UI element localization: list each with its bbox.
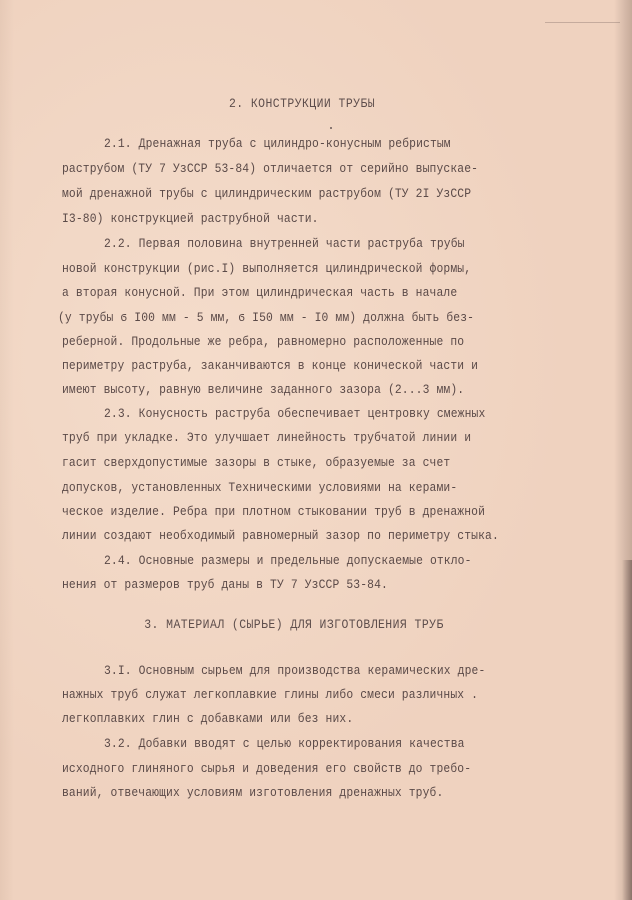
paragraph-2-2-line: периметру раструба, заканчиваются в конц…	[62, 358, 478, 373]
ink-speck	[330, 127, 332, 129]
page-edge-shadow	[622, 560, 632, 900]
paragraph-2-2-line: а вторая конусной. При этом цилиндрическ…	[62, 285, 457, 300]
paragraph-2-2-line: новой конструкции (рис.I) выполняется ци…	[62, 261, 471, 276]
paragraph-2-3-line: допусков, установленных Техническими усл…	[62, 480, 457, 495]
paragraph-3-1-line: нажных труб служат легкоплавкие глины ли…	[62, 687, 478, 702]
faint-rule	[545, 22, 620, 23]
paragraph-2-2-line: реберной. Продольные же ребра, равномерн…	[62, 334, 464, 349]
paragraph-2-3-line: гасит сверхдопустимые зазоры в стыке, об…	[62, 455, 450, 470]
paragraph-2-1-line: 2.1. Дренажная труба с цилиндро-конусным…	[104, 136, 451, 151]
paragraph-2-1-line: I3-80) конструкцией раструбной части.	[62, 211, 319, 226]
paragraph-3-1-line: легкоплавких глин с добавками или без ни…	[62, 711, 353, 726]
paragraph-2-2-line: 2.2. Первая половина внутренней части ра…	[104, 236, 465, 251]
paragraph-2-1-line: мой дренажной трубы с цилиндрическим рас…	[62, 186, 471, 201]
paragraph-2-3-line: линии создают необходимый равномерный за…	[62, 528, 499, 543]
paragraph-3-1-line: 3.I. Основным сырьем для производства ке…	[104, 663, 485, 678]
paragraph-3-2-line: исходного глиняного сырья и доведения ег…	[62, 761, 471, 776]
paragraph-2-1-line: раструбом (ТУ 7 УзССР 53-84) отличается …	[62, 161, 478, 176]
paragraph-3-2-line: 3.2. Добавки вводят с целью корректирова…	[104, 736, 465, 751]
section-3-heading: 3. МАТЕРИАЛ (СЫРЬЕ) ДЛЯ ИЗГОТОВЛЕНИЯ ТРУ…	[16, 617, 572, 632]
paragraph-2-2-line: имеют высоту, равную величине заданного …	[62, 382, 464, 397]
paragraph-2-4-line: 2.4. Основные размеры и предельные допус…	[104, 553, 472, 568]
paragraph-2-3-line: ческое изделие. Ребра при плотном стыков…	[62, 504, 485, 519]
paragraph-3-2-line: ваний, отвечающих условиям изготовления …	[62, 785, 443, 800]
paragraph-2-2-line: (у трубы ϭ I00 мм - 5 мм, ϭ I50 мм - I0 …	[58, 310, 474, 325]
section-2-heading: 2. КОНСТРУКЦИИ ТРУБЫ	[24, 96, 580, 111]
paragraph-2-4-line: нения от размеров труб даны в ТУ 7 УзССР…	[62, 577, 388, 592]
paragraph-2-3-line: 2.3. Конусность раструба обеспечивает це…	[104, 406, 485, 421]
paragraph-2-3-line: труб при укладке. Это улучшает линейност…	[62, 430, 471, 445]
